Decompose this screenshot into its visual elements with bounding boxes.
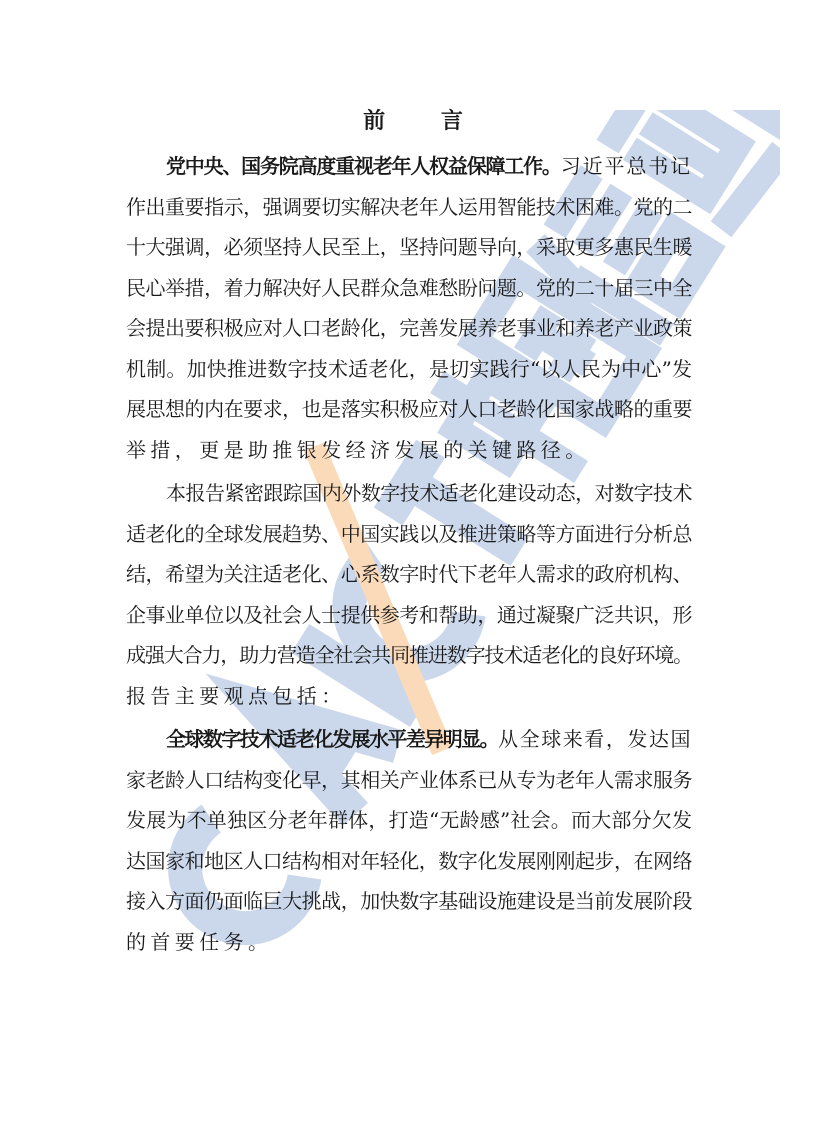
text-span: 从全球来看，发达国 xyxy=(498,727,692,751)
text-line: 全球数字技术适老化发展水平差异明显。从全球来看，发达国 xyxy=(126,719,692,760)
text-line: 达国家和地区人口结构相对年轻化，数字化发展刚刚起步，在网络 xyxy=(126,841,692,882)
text-line: 发展为不单独区分老年群体，打造“无龄感”社会。而大部分欠发 xyxy=(126,800,692,841)
text-line: 的首要任务。 xyxy=(126,922,692,963)
text-line: 结，希望为关注适老化、心系数字时代下老年人需求的政府机构、 xyxy=(126,554,692,595)
document-body: 党中央、国务院高度重视老年人权益保障工作。习近平总书记 作出重要指示，强调要切实… xyxy=(126,146,692,965)
text-line: 报告主要观点包括： xyxy=(126,676,692,717)
paragraph-1: 党中央、国务院高度重视老年人权益保障工作。习近平总书记 作出重要指示，强调要切实… xyxy=(126,146,692,470)
text-line: 接入方面仍面临巨大挑战，加快数字基础设施建设是当前发展阶段 xyxy=(126,881,692,922)
text-line: 党中央、国务院高度重视老年人权益保障工作。习近平总书记 xyxy=(126,146,692,187)
text-line: 作出重要指示，强调要切实解决老年人运用智能技术困难。党的二 xyxy=(126,187,692,228)
text-line: 展思想的内在要求，也是落实积极应对人口老龄化国家战略的重要 xyxy=(126,389,692,430)
text-line: 民心举措，着力解决好人民群众急难愁盼问题。党的二十届三中全 xyxy=(126,268,692,309)
text-line: 举措，更是助推银发经济发展的关键路径。 xyxy=(126,430,692,471)
text-line: 适老化的全球发展趋势、中国实践以及推进策略等方面进行分析总 xyxy=(126,514,692,555)
text-line: 十大强调，必须坚持人民至上，坚持问题导向，采取更多惠民生暖 xyxy=(126,227,692,268)
bold-lead-sentence: 党中央、国务院高度重视老年人权益保障工作。 xyxy=(166,154,561,178)
page-title: 前 言 xyxy=(0,106,826,138)
text-span: 习近平总书记 xyxy=(561,154,692,178)
bold-lead-sentence: 全球数字技术适老化发展水平差异明显。 xyxy=(166,727,498,751)
text-line: 本报告紧密跟踪国内外数字技术适老化建设动态，对数字技术 xyxy=(126,473,692,514)
text-line: 企事业单位以及社会人士提供参考和帮助，通过凝聚广泛共识，形 xyxy=(126,595,692,636)
text-line: 成强大合力，助力营造全社会共同推进数字技术适老化的良好环境。 xyxy=(126,635,692,676)
text-line: 家老龄人口结构变化早，其相关产业体系已从专为老年人需求服务 xyxy=(126,760,692,801)
text-line: 会提出要积极应对人口老龄化，完善发展养老事业和养老产业政策 xyxy=(126,308,692,349)
paragraph-2: 本报告紧密跟踪国内外数字技术适老化建设动态，对数字技术 适老化的全球发展趋势、中… xyxy=(126,473,692,716)
text-line: 机制。加快推进数字技术适老化，是切实践行“以人民为中心”发 xyxy=(126,349,692,390)
paragraph-3: 全球数字技术适老化发展水平差异明显。从全球来看，发达国 家老龄人口结构变化早，其… xyxy=(126,719,692,962)
document-page: 前 言 党中央、国务院高度重视老年人权益保障工作。习近平总书记 作出重要指示，强… xyxy=(0,0,826,1122)
